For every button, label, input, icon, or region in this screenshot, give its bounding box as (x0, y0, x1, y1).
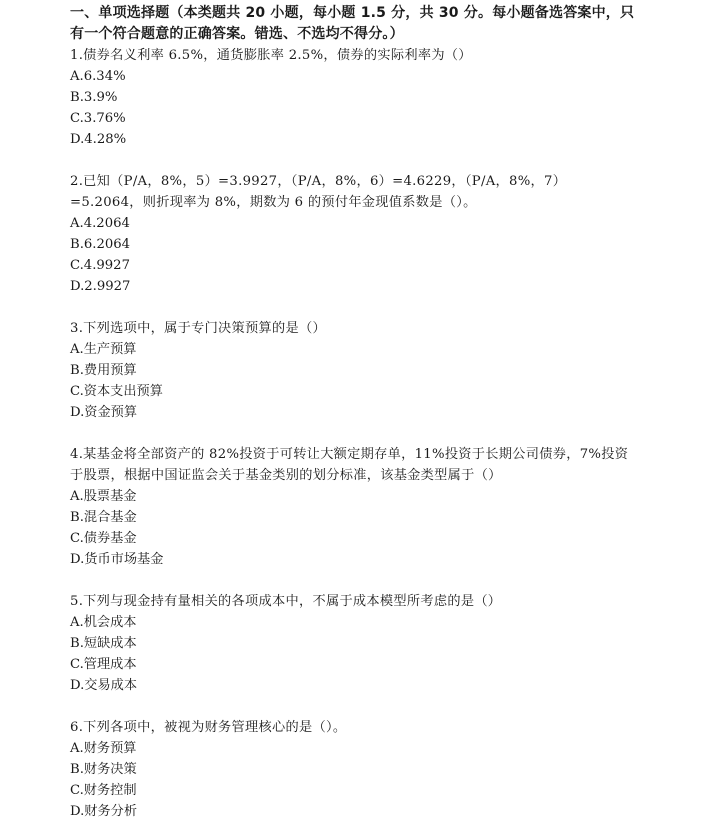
question-5: 5.下列与现金持有量相关的各项成本中，不属于成本模型所考虑的是（） A.机会成本… (70, 591, 635, 696)
option-b: B.6.2064 (70, 234, 635, 255)
question-6: 6.下列各项中，被视为财务管理核心的是（）。 A.财务预算 B.财务决策 C.财… (70, 717, 635, 822)
option-a: A.机会成本 (70, 612, 635, 633)
question-4: 4.某基金将全部资产的 82%投资于可转让大额定期存单，11%投资于长期公司债券… (70, 444, 635, 570)
option-a: A.股票基金 (70, 486, 635, 507)
section-title: 一、单项选择题（本类题共 20 小题，每小题 1.5 分，共 30 分。每小题备… (70, 3, 635, 45)
question-stem: 2.已知（P/A，8%，5）=3.9927，（P/A，8%，6）=4.6229，… (70, 171, 635, 213)
option-b: B.混合基金 (70, 507, 635, 528)
option-b: B.费用预算 (70, 360, 635, 381)
option-a: A.生产预算 (70, 339, 635, 360)
question-1: 1.债券名义利率 6.5%，通货膨胀率 2.5%，债券的实际利率为（） A.6.… (70, 45, 635, 150)
option-b: B.短缺成本 (70, 633, 635, 654)
option-d: D.财务分析 (70, 801, 635, 822)
option-d: D.4.28% (70, 129, 635, 150)
question-stem: 3.下列选项中，属于专门决策预算的是（） (70, 318, 635, 339)
option-c: C.资本支出预算 (70, 381, 635, 402)
question-2: 2.已知（P/A，8%，5）=3.9927，（P/A，8%，6）=4.6229，… (70, 171, 635, 297)
question-stem: 5.下列与现金持有量相关的各项成本中，不属于成本模型所考虑的是（） (70, 591, 635, 612)
option-c: C.债券基金 (70, 528, 635, 549)
exam-page: 一、单项选择题（本类题共 20 小题，每小题 1.5 分，共 30 分。每小题备… (70, 3, 635, 822)
question-stem: 4.某基金将全部资产的 82%投资于可转让大额定期存单，11%投资于长期公司债券… (70, 444, 635, 486)
option-d: D.资金预算 (70, 402, 635, 423)
option-a: A.4.2064 (70, 213, 635, 234)
question-3: 3.下列选项中，属于专门决策预算的是（） A.生产预算 B.费用预算 C.资本支… (70, 318, 635, 423)
option-a: A.6.34% (70, 66, 635, 87)
option-c: C.3.76% (70, 108, 635, 129)
option-b: B.财务决策 (70, 759, 635, 780)
question-stem: 1.债券名义利率 6.5%，通货膨胀率 2.5%，债券的实际利率为（） (70, 45, 635, 66)
option-c: C.4.9927 (70, 255, 635, 276)
question-stem: 6.下列各项中，被视为财务管理核心的是（）。 (70, 717, 635, 738)
option-a: A.财务预算 (70, 738, 635, 759)
option-d: D.2.9927 (70, 276, 635, 297)
option-b: B.3.9% (70, 87, 635, 108)
option-d: D.货币市场基金 (70, 549, 635, 570)
option-c: C.管理成本 (70, 654, 635, 675)
option-d: D.交易成本 (70, 675, 635, 696)
option-c: C.财务控制 (70, 780, 635, 801)
